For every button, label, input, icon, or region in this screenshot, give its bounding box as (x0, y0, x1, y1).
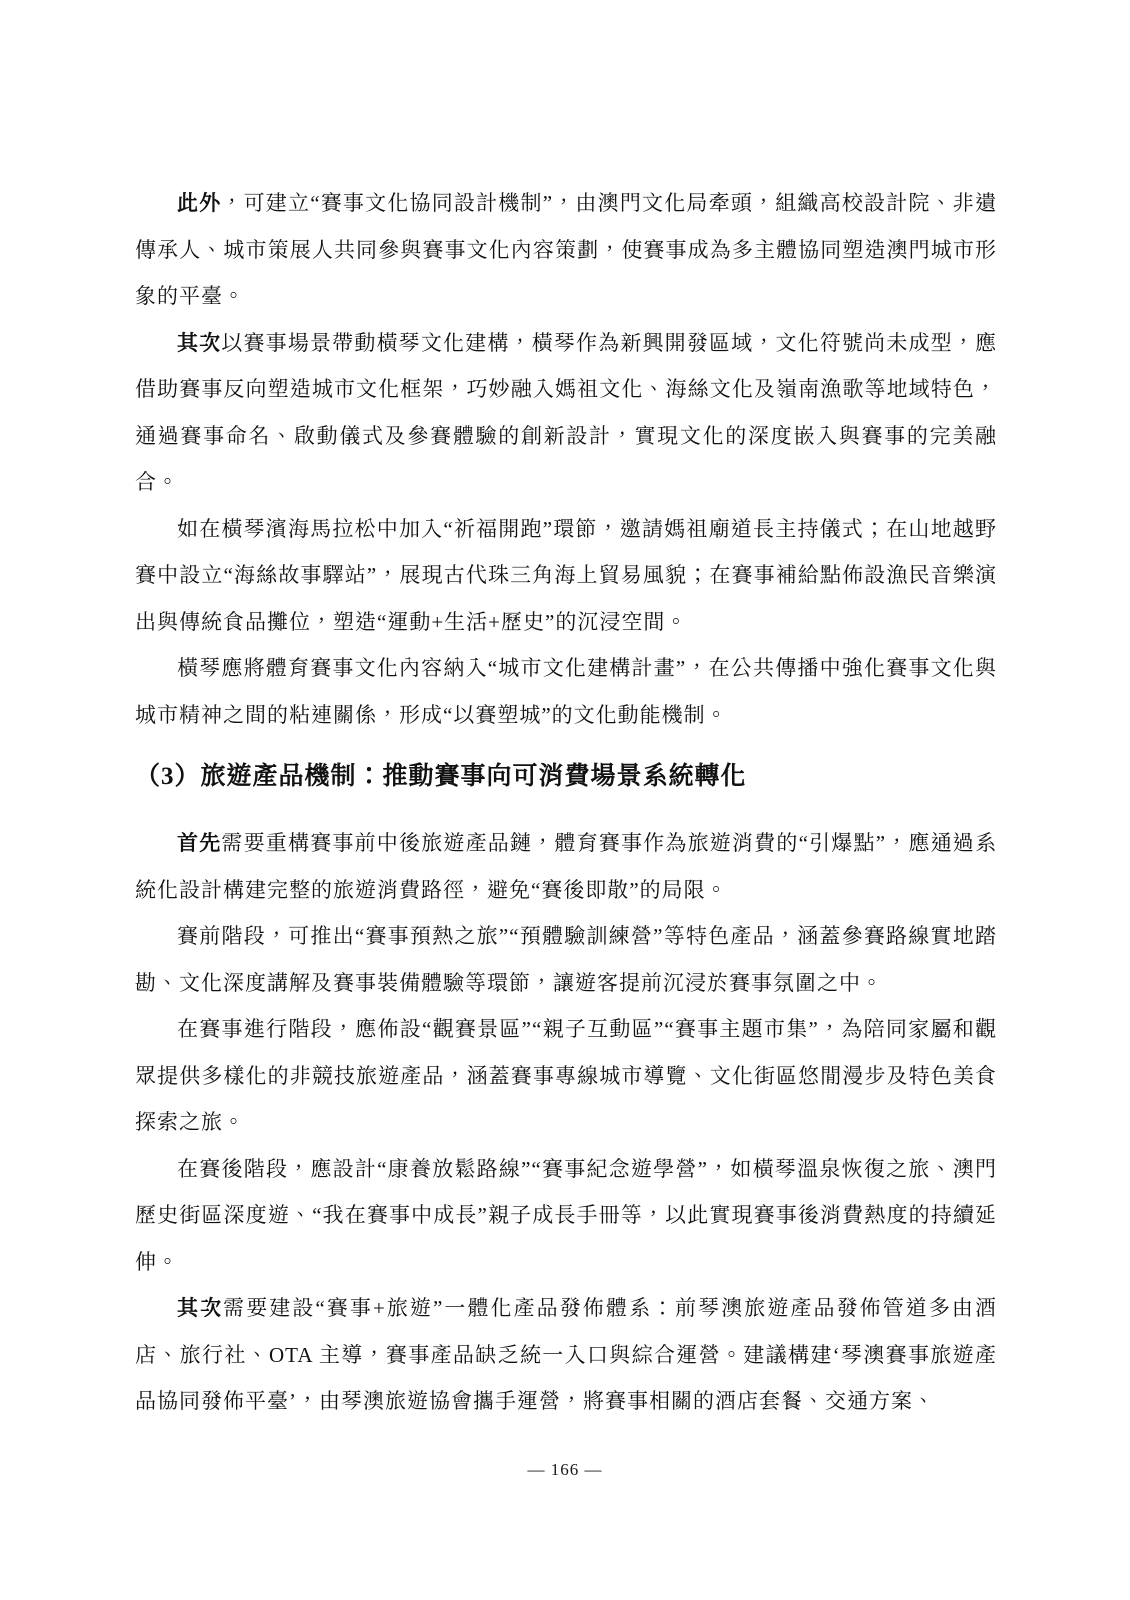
paragraph-text: 需要重構賽事前中後旅遊產品鏈，體育賽事作為旅遊消費的“引爆點”，應通過系統化設計… (135, 831, 997, 902)
paragraph: 其次需要建設“賽事+旅遊”一體化產品發佈體系：前琴澳旅遊產品發佈管道多由酒店、旅… (135, 1285, 997, 1425)
paragraph: 首先需要重構賽事前中後旅遊產品鏈，體育賽事作為旅遊消費的“引爆點”，應通過系統化… (135, 820, 997, 913)
paragraph-text: 在賽事進行階段，應佈設“觀賽景區”“親子互動區”“賽事主題市集”，為陪同家屬和觀… (135, 1017, 997, 1134)
paragraph-text: ，可建立“賽事文化協同設計機制”，由澳門文化局牽頭，組織高校設計院、非遺傳承人、… (135, 191, 997, 308)
section-heading: （3）旅遊產品機制：推動賽事向可消費場景系統轉化 (135, 750, 997, 804)
paragraph-text: 賽前階段，可推出“賽事預熱之旅”“預體驗訓練營”等特色產品，涵蓋參賽路線實地踏勘… (135, 924, 997, 995)
paragraph: 如在橫琴濱海馬拉松中加入“祈福開跑”環節，邀請媽祖廟道長主持儀式；在山地越野賽中… (135, 506, 997, 646)
paragraph: 其次以賽事場景帶動橫琴文化建構，橫琴作為新興開發區域，文化符號尚未成型，應借助賽… (135, 320, 997, 506)
paragraph-lead: 首先 (177, 831, 221, 855)
paragraph-text: 橫琴應將體育賽事文化內容納入“城市文化建構計畫”，在公共傳播中強化賽事文化與城市… (135, 656, 997, 727)
paragraph-lead: 其次 (177, 331, 221, 355)
page-footer: — 166 — (0, 1455, 1130, 1485)
paragraph: 賽前階段，可推出“賽事預熱之旅”“預體驗訓練營”等特色產品，涵蓋參賽路線實地踏勘… (135, 913, 997, 1006)
paragraph-lead: 其次 (177, 1296, 223, 1320)
document-page: 此外，可建立“賽事文化協同設計機制”，由澳門文化局牽頭，組織高校設計院、非遺傳承… (0, 0, 1130, 1600)
paragraph: 在賽後階段，應設計“康養放鬆路線”“賽事紀念遊學營”，如橫琴溫泉恢復之旅、澳門歷… (135, 1146, 997, 1286)
paragraph: 此外，可建立“賽事文化協同設計機制”，由澳門文化局牽頭，組織高校設計院、非遺傳承… (135, 180, 997, 320)
paragraph-text: 以賽事場景帶動橫琴文化建構，橫琴作為新興開發區域，文化符號尚未成型，應借助賽事反… (135, 331, 997, 495)
paragraph-text: 需要建設“賽事+旅遊”一體化產品發佈體系：前琴澳旅遊產品發佈管道多由酒店、旅行社… (135, 1296, 997, 1413)
paragraph-text: 如在橫琴濱海馬拉松中加入“祈福開跑”環節，邀請媽祖廟道長主持儀式；在山地越野賽中… (135, 517, 997, 634)
paragraph: 橫琴應將體育賽事文化內容納入“城市文化建構計畫”，在公共傳播中強化賽事文化與城市… (135, 645, 997, 738)
paragraph-lead: 此外 (177, 191, 221, 215)
document-content: 此外，可建立“賽事文化協同設計機制”，由澳門文化局牽頭，組織高校設計院、非遺傳承… (135, 180, 997, 1425)
page-number: — 166 — (528, 1460, 603, 1479)
paragraph-text: 在賽後階段，應設計“康養放鬆路線”“賽事紀念遊學營”，如橫琴溫泉恢復之旅、澳門歷… (135, 1157, 997, 1274)
paragraph: 在賽事進行階段，應佈設“觀賽景區”“親子互動區”“賽事主題市集”，為陪同家屬和觀… (135, 1006, 997, 1146)
